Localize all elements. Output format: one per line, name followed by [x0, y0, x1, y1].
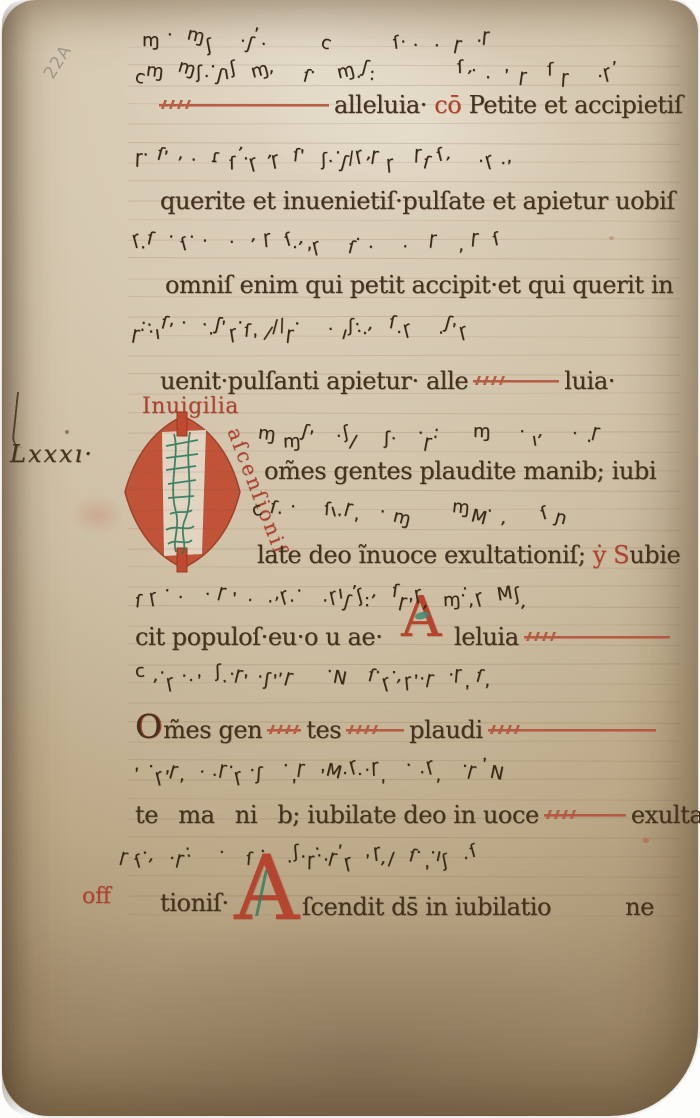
- neume-glyph: [276, 56, 283, 90]
- neume-glyph: [401, 142, 408, 176]
- chant-text-line: ſcendit ds̄ in iubilatione: [302, 892, 654, 924]
- neume-glyph: [410, 56, 417, 90]
- neume-glyph: ‚: [505, 140, 514, 174]
- neume-glyph: [209, 226, 216, 260]
- neume-glyph: ·: [181, 307, 188, 341]
- chant-text-line: om̃es gentes plaudite manib; iubi: [264, 456, 656, 488]
- neume-glyph: [273, 840, 280, 874]
- rubric-text-segment: S: [613, 541, 629, 569]
- staff-ruling-line: [128, 354, 680, 357]
- neume-glyph: ɼ: [588, 414, 604, 449]
- chant-text-line: alleluia· cō Petite et accipietiſ: [154, 90, 682, 122]
- text-segment: uenit·pulſanti apietur· alle: [160, 367, 468, 395]
- text-segment: late deo ĩnuoce exultationiſ;: [257, 541, 593, 569]
- neume-glyph: [220, 24, 227, 58]
- neume-glyph: [308, 312, 315, 346]
- neume-glyph: [395, 840, 402, 874]
- neume-glyph: [188, 312, 195, 346]
- text-segment: tioniſ·: [160, 889, 229, 917]
- text-segment: ne: [625, 893, 654, 921]
- neume-glyph: [297, 496, 304, 530]
- neume-glyph: N: [487, 756, 508, 792]
- chant-text-line: te ma ni b; iubilate deo in uoceexulta: [135, 800, 700, 832]
- neume-glyph: [552, 420, 559, 454]
- neume-glyph: [404, 420, 411, 454]
- staff-ruling-line: [128, 123, 680, 126]
- neume-glyph: [205, 840, 212, 874]
- neume-line: ɼ ſ·‚ ·ɼ: · ſ · ·ʃ·ɼ:·ɼʼɼ ʼɼ‚/ ſ·‚·ıʃ ·ſ: [120, 840, 676, 874]
- neume-glyph: [191, 580, 198, 614]
- neume-glyph: ‚: [483, 664, 492, 698]
- neume-glyph: [274, 24, 281, 58]
- red-line-filler: [544, 810, 626, 820]
- red-line-filler: [267, 725, 301, 735]
- neume-glyph: [313, 660, 320, 694]
- neume-glyph: ɱ: [144, 54, 166, 90]
- neume-glyph: ɼ: [481, 19, 493, 54]
- neume-glyph: [382, 226, 389, 260]
- red-line-filler: [346, 725, 404, 735]
- neume-glyph: ɱ: [256, 417, 278, 453]
- neume-line: ɼ::ıſʼ · ··ʃʼɼ·ſ‚ ///ɼ· · ıʃ:·‚ ſ·ɼ ·ʃʼɼ: [132, 312, 677, 346]
- neume-glyph: [451, 226, 458, 260]
- neume-glyph: [448, 754, 455, 788]
- neume-glyph: [460, 420, 467, 454]
- neume-glyph: [334, 226, 341, 260]
- neume-glyph: [383, 56, 390, 90]
- neume-glyph: [270, 754, 277, 788]
- manuscript-page: 22A Lxxxı· off Inuigilia aſcenſioniſ A: [2, 0, 698, 1116]
- text-segment: m̃es gen: [163, 716, 262, 744]
- neume-glyph: [432, 496, 439, 530]
- neume-line: ɼ·ſ · ſ· · · ʼ ɼ ſ·‚‚ɼ ſ· · · ɼ ‚ ɼ ſ: [132, 226, 677, 260]
- staff-ruling-line: [128, 219, 680, 222]
- neume-glyph: [377, 420, 384, 454]
- page-bottom-shading: [2, 916, 698, 1116]
- neume-glyph: [301, 24, 308, 58]
- chant-text-line: tioniſ·: [160, 888, 229, 920]
- chant-text-line: querite et inuenietiſ·pulſate et apietur…: [160, 186, 675, 218]
- neume-line: c ‚·ɼ ··‚ ʃ··ɼʼ ·ʃ‚ʼɼ ·N ſ·ɼ·‚ɼ‚·ɼ ·ɼ‚ ſ…: [135, 660, 675, 694]
- neume-line: c ſ· · ſıˑɼ‚ · ɱ ɱM· ‚ ſ ɲ: [252, 496, 667, 530]
- staff-ruling-line: [128, 875, 680, 878]
- neume-glyph: [352, 24, 359, 58]
- neume-line: ſ ɼ · · · ɼ ʼ · ·‚ɼ·· ·ɼıʃʼʃ:‚ ſɼ‚ɼ‚ ɱ:‚…: [135, 580, 675, 614]
- pencil-folio-mark: 22A: [40, 41, 76, 82]
- text-segment: ubie: [629, 541, 680, 569]
- chant-text-line: leluia: [454, 622, 675, 654]
- rubric-text-segment: ẏ: [593, 541, 613, 569]
- neume-glyph: ɱ: [142, 24, 161, 58]
- folio-number: Lxxxı·: [10, 440, 94, 468]
- staff-ruling-line: [128, 836, 680, 839]
- text-segment: te ma ni b;: [135, 801, 300, 829]
- red-line-filler: [473, 376, 559, 386]
- neume-glyph: [521, 496, 528, 530]
- neume-line: ɱ · ɱʃ ·ʃʼ· c ſ· · · ɼ ·ɼ: [142, 24, 662, 58]
- neume-glyph: [444, 226, 451, 260]
- neume-line: ɼ· ſʼ ‚ · ɾ ſʼ·ɼ ʼɼ ſʼ ʃ··ʃ/ɼʼɼ ɼ ɼſ ſʼ …: [135, 142, 675, 176]
- neume-glyph: [263, 754, 270, 788]
- neume-glyph: [375, 226, 382, 260]
- neume-glyph: [370, 420, 377, 454]
- text-segment: tes: [306, 716, 341, 744]
- chant-text-line: cit populoſ·eu·o u ae·: [135, 622, 382, 654]
- text-segment: omniſ enim qui petit accipit·et qui quer…: [165, 271, 673, 299]
- rubric-text-segment: cō: [434, 91, 468, 119]
- neume-glyph: ɱ: [390, 500, 416, 537]
- neume-glyph: [304, 496, 311, 530]
- text-gap: [551, 911, 625, 915]
- neume-glyph: [417, 56, 424, 90]
- staff-ruling-line: [128, 702, 680, 705]
- neume-glyph: [379, 24, 386, 58]
- text-segment: om̃es gentes plaudite manib; iubi: [264, 457, 656, 485]
- neume-glyph: [212, 840, 219, 874]
- neume-glyph: ɱ: [473, 415, 492, 449]
- red-line-filler: [488, 725, 656, 735]
- red-line-filler: [159, 100, 329, 110]
- neume-line: ʼ ·ɼ‚ɼ‚ · ·ɼ·ɼ ·ʃ ·‚ɼ ‚M·ɼ··ɼ‚ · ·ɼ‚ ·ɼ …: [135, 754, 675, 788]
- red-line-filler: [524, 632, 670, 642]
- text-segment: exulta: [631, 801, 700, 829]
- chant-text-line: Om̃es gentesplaudi: [135, 712, 661, 744]
- neume-glyph: [222, 142, 229, 176]
- neume-glyph: [583, 56, 590, 90]
- neume-glyph: [499, 420, 506, 454]
- neume-glyph: [528, 496, 535, 530]
- neume-glyph: ‚: [178, 758, 185, 792]
- text-segment: leluia: [454, 623, 519, 651]
- manuscript-photo: 22A Lxxxı· off Inuigilia aſcenſioniſ A: [0, 0, 700, 1118]
- text-segment: plaudi: [409, 716, 482, 744]
- neume-glyph: ·: [368, 231, 375, 265]
- neume-glyph: ‚: [457, 229, 464, 263]
- neume-glyph: [294, 24, 301, 58]
- versal-letter: O: [135, 707, 163, 746]
- neume-glyph: [439, 496, 446, 530]
- neume-glyph: [437, 56, 444, 90]
- neume-glyph: [339, 24, 346, 58]
- neume-glyph: [309, 580, 316, 614]
- chant-text-line: uenit·pulſanti apietur· alleluia·: [160, 366, 615, 398]
- ink-speck: [65, 430, 69, 434]
- neume-glyph: [271, 226, 278, 260]
- text-segment: Petite et accipietiſ: [469, 91, 683, 119]
- neume-glyph: [390, 56, 397, 90]
- neume-glyph: [492, 420, 499, 454]
- neume-glyph: [174, 24, 181, 58]
- text-segment: luia·: [564, 367, 615, 395]
- text-segment: cit populoſ·eu·o u ae·: [135, 623, 382, 651]
- neume-glyph: [418, 312, 425, 346]
- text-segment: alleluia·: [334, 91, 434, 119]
- neume-glyph: [232, 840, 239, 874]
- chant-text-line: late deo ĩnuoce exultationiſ; ẏ Subie: [257, 540, 680, 572]
- text-segment: querite et inuenietiſ·pulſate et apietur…: [160, 187, 675, 215]
- neume-glyph: ſ: [547, 53, 554, 87]
- offertory-rubric: off: [82, 884, 111, 909]
- neume-glyph: [444, 56, 451, 90]
- neume-line: cɱ ɱʃ··ʃıʃ ɱʼ ſ· ɱ·ʃ: ſʼ· · ʼ ɼ ſ ɼ ·ɼʼ: [135, 56, 673, 90]
- text-segment: iubilate deo in uoce: [300, 801, 539, 829]
- neume-glyph: ·: [202, 225, 209, 259]
- text-segment: ſcendit ds̄ in iubilatio: [302, 893, 551, 921]
- neume-glyph: ʼ: [308, 421, 316, 455]
- neume-glyph: [453, 420, 460, 454]
- staff-ruling-line: [128, 180, 680, 183]
- chant-text-line: omniſ enim qui petit accipit·et qui quer…: [165, 270, 673, 302]
- neume-glyph: ·: [218, 836, 226, 870]
- neume-line: ɱ ɱʃʼ ·ʃ/ ʃ· ·ɼ: ɱ · ı‚ · ·ɼ: [258, 420, 668, 454]
